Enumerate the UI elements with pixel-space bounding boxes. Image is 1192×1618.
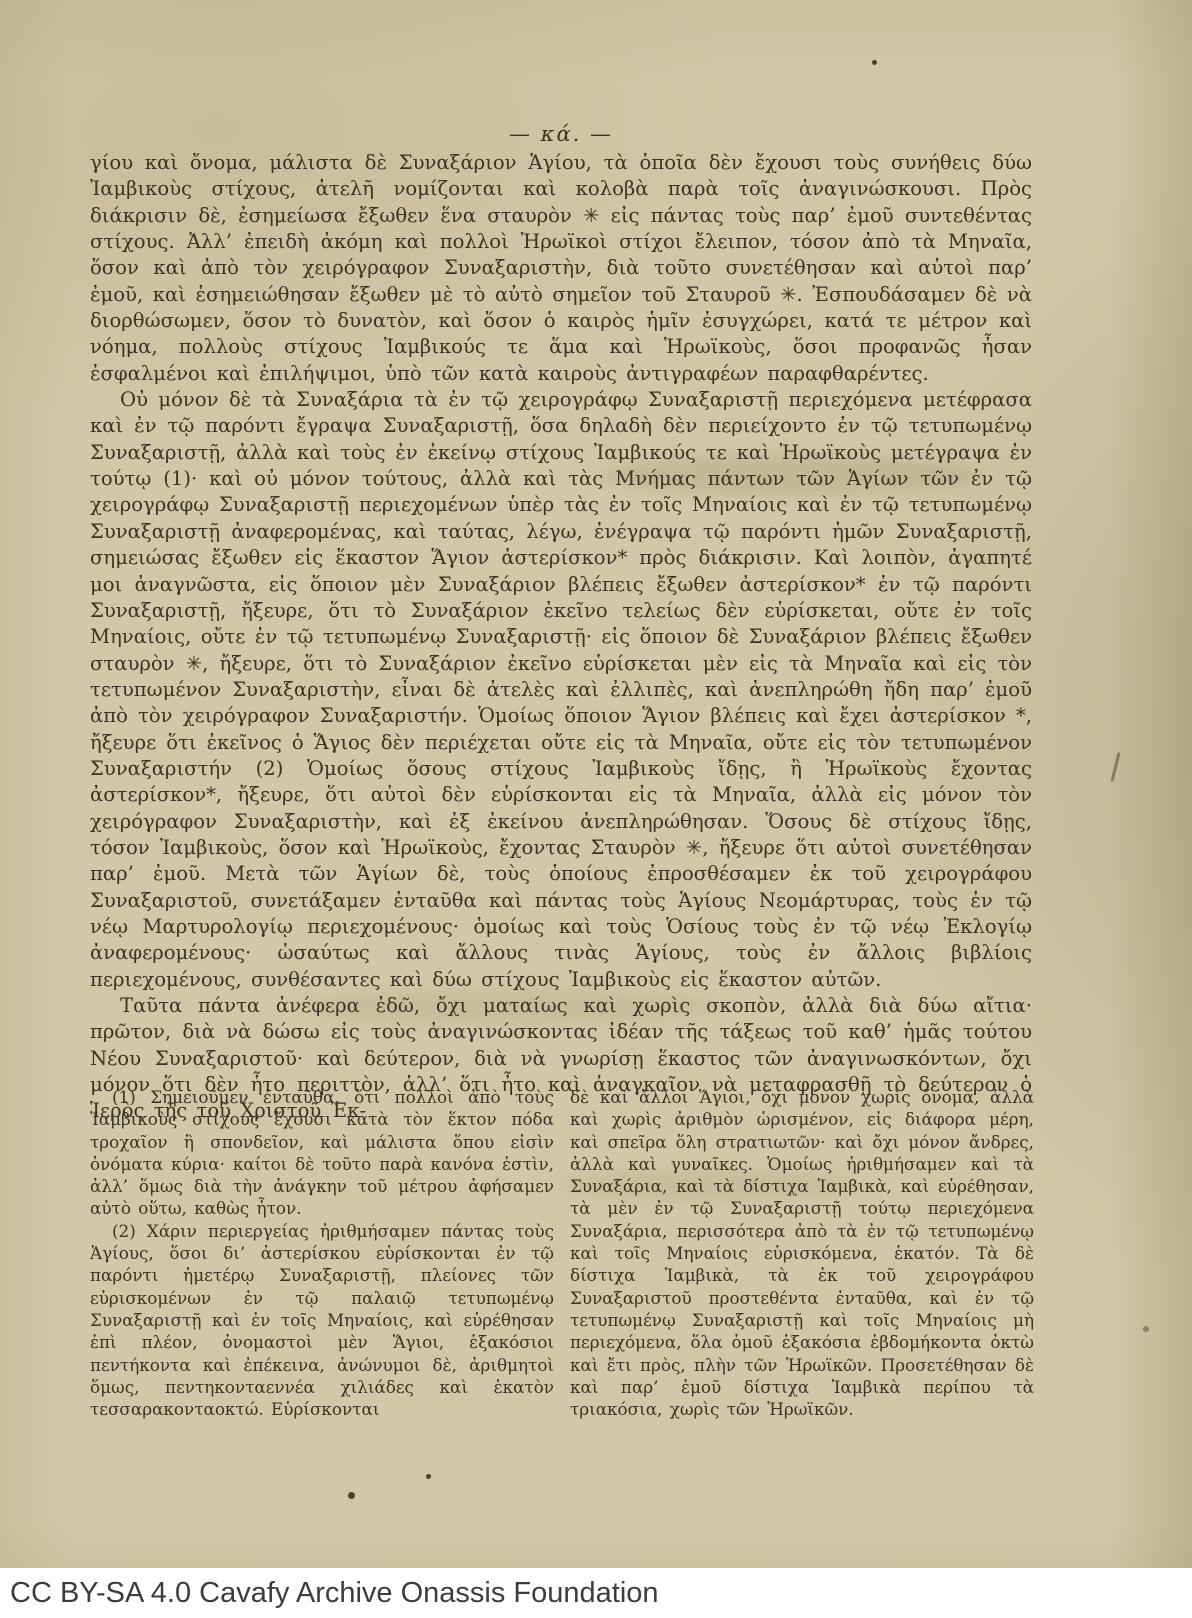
pencil-mark bbox=[1110, 752, 1120, 782]
footnote-column-left: (1) Σημειοῦμεν ἐνταῦθα, ὅτι πολλοὶ ἀπὸ τ… bbox=[90, 1086, 554, 1420]
footnote-2: (2) Χάριν περιεργείας ἠριθμήσαμεν πάντας… bbox=[90, 1220, 554, 1421]
license-text: CC BY-SA 4.0 Cavafy Archive Onassis Foun… bbox=[10, 1577, 659, 1610]
paper-speck bbox=[348, 1492, 355, 1499]
page-number-header: — κά. — bbox=[90, 122, 1032, 146]
footnote-column-right: δὲ καὶ ἄλλοι Ἅγιοι, ὄχι μόνον χωρὶς ὄνομ… bbox=[570, 1086, 1034, 1420]
footnotes-section: (1) Σημειοῦμεν ἐνταῦθα, ὅτι πολλοὶ ἀπὸ τ… bbox=[90, 1086, 1034, 1420]
footnote-2-continuation: δὲ καὶ ἄλλοι Ἅγιοι, ὄχι μόνον χωρὶς ὄνομ… bbox=[570, 1086, 1034, 1420]
footnote-1: (1) Σημειοῦμεν ἐνταῦθα, ὅτι πολλοὶ ἀπὸ τ… bbox=[90, 1086, 554, 1220]
scanned-book-page: — κά. — γίου καὶ ὄνομα, μάλιστα δὲ Συναξ… bbox=[0, 0, 1192, 1618]
paragraph: Οὐ μόνον δὲ τὰ Συναξάρια τὰ ἐν τῷ χειρογ… bbox=[90, 387, 1032, 993]
paper-speck bbox=[426, 1474, 431, 1479]
license-bar: CC BY-SA 4.0 Cavafy Archive Onassis Foun… bbox=[0, 1568, 1192, 1618]
paper-speck bbox=[872, 60, 877, 65]
main-text-block: γίου καὶ ὄνομα, μάλιστα δὲ Συναξάριον Ἁγ… bbox=[90, 150, 1032, 1125]
paragraph-continuation: γίου καὶ ὄνομα, μάλιστα δὲ Συναξάριον Ἁγ… bbox=[90, 150, 1032, 387]
paper-speck bbox=[1143, 1326, 1149, 1332]
